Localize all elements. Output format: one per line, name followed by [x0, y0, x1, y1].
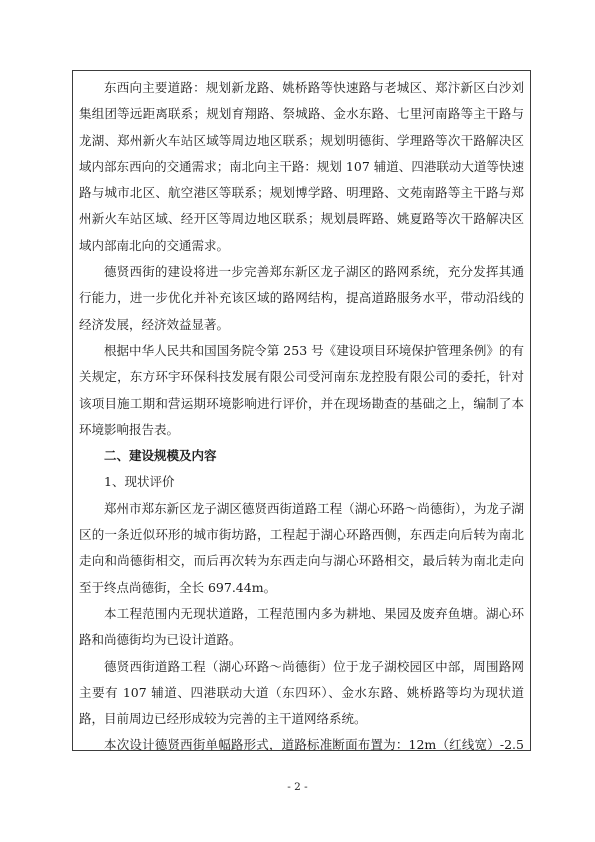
body-paragraph: 东西向主要道路：规划新龙路、姚桥路等快速路与老城区、郑汴新区白沙刘集组团等远距离…: [79, 75, 524, 259]
body-paragraph: 根据中华人民共和国国务院令第 253 号《建设项目环境保护管理条例》的有关规定，…: [79, 338, 524, 443]
body-paragraph: 本工程范围内无现状道路，工程范围内多为耕地、果园及废弃鱼塘。湖心环路和尚德街均为…: [79, 601, 524, 654]
body-paragraph: 德贤西街的建设将进一步完善郑东新区龙子湖区的路网系统，充分发挥其通行能力，进一步…: [79, 259, 524, 338]
content-frame: 东西向主要道路：规划新龙路、姚桥路等快速路与老城区、郑汴新区白沙刘集组团等远距离…: [72, 70, 531, 751]
body-paragraph: 本次设计德贤西街单幅路形式，道路标准断面布置为：12m（红线宽）-2.5m（人行…: [79, 732, 524, 751]
body-paragraph: 郑州市郑东新区龙子湖区德贤西街道路工程（湖心环路～尚德街），为龙子湖区的一条近似…: [79, 496, 524, 601]
body-paragraph: 德贤西街道路工程（湖心环路～尚德街）位于龙子湖校园区中部，周围路网主要有 107…: [79, 654, 524, 733]
section-heading: 二、建设规模及内容: [79, 443, 524, 469]
subsection-heading: 1、现状评价: [79, 469, 524, 495]
page-number: - 2 -: [0, 780, 595, 794]
